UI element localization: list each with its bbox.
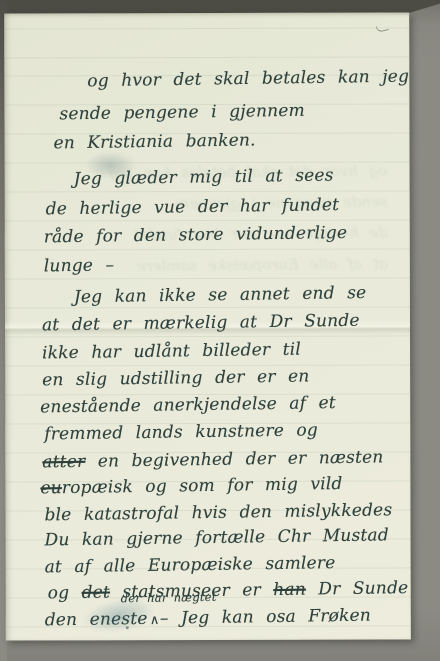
handwriting-text: sende pengene i gjennem	[59, 101, 305, 125]
handwriting-line: at af alle Europæiske samlere	[44, 553, 335, 577]
handwriting-text: ikke har udlånt billeder til	[42, 340, 301, 364]
handwriting-text: en slig udstilling der er en	[42, 366, 310, 390]
handwriting-line: fremmed lands kunstnere og	[44, 420, 318, 444]
letter-page: og hvor det skal betales kan jegsende pe…	[4, 12, 411, 640]
handwriting-text: råde for den store vidunderlige	[44, 223, 348, 247]
photograph-of-letter: { "scene": { "background_color": "#8b8b8…	[0, 0, 440, 661]
handwriting-line: Jeg kan ikke se annet end se	[74, 283, 367, 307]
handwriting-text: og	[48, 583, 82, 604]
handwriting-line: og det statsmuseer er han Dr Sunde	[48, 578, 409, 603]
handwriting-text: og hvor det skal betales kan jeg	[87, 67, 409, 92]
ink-dot	[126, 626, 129, 629]
handwriting-line: atter en begivenhed der er næsten	[42, 447, 383, 472]
handwriting-text: at af alle Europæiske samlere	[44, 553, 335, 577]
handwriting-text: fremmed lands kunstnere og	[44, 420, 318, 444]
handwriting-text: Jeg kan ikke se annet end se	[74, 283, 367, 307]
handwriting-text: Dr Sunde	[306, 578, 409, 600]
handwriting-text: at det er mærkelig at Dr Sunde	[42, 311, 360, 336]
handwriting-line: ble katastrofal hvis den mislykkedes	[44, 500, 392, 525]
handwriting-text: ropæisk og som for mig vild	[62, 474, 343, 498]
handwriting-text: en begivenhed der er næsten	[85, 447, 383, 471]
handwriting-text: lunge –	[44, 255, 115, 276]
handwriting-line: og hvor det skal betales kan jeg	[87, 67, 409, 92]
handwriting-text: enestående anerkjendelse af et	[40, 393, 336, 417]
handwriting-line: Du kan gjerne fortælle Chr Mustad	[44, 525, 389, 550]
handwriting-line: sende pengene i gjennem	[59, 101, 305, 125]
handwriting-line: en slig udstilling der er en	[42, 366, 310, 390]
struck-word: eu	[40, 478, 62, 498]
struck-word: det	[81, 582, 110, 602]
handwriting-line: de herlige vue der har fundet	[46, 195, 340, 219]
struck-word: atter	[42, 452, 85, 473]
ink-smudge	[85, 151, 137, 179]
handwriting-line: at det er mærkelig at Dr Sunde	[42, 311, 360, 336]
handwriting-line: europæisk og som for mig vild	[40, 474, 342, 498]
handwriting-line: lunge –	[44, 255, 115, 276]
handwriting-line: enestående anerkjendelse af et	[40, 393, 336, 417]
handwriting-line: råde for den store vidunderlige	[44, 223, 348, 247]
handwriting-layer: der har nægtet ∧ og hvor det skal betale…	[4, 12, 411, 640]
handwriting-text: de herlige vue der har fundet	[46, 195, 340, 219]
handwriting-line: en Kristiania banken.	[53, 130, 255, 153]
struck-word: han	[273, 580, 306, 600]
handwriting-text: en Kristiania banken.	[53, 130, 255, 153]
handwriting-text: Du kan gjerne fortælle Chr Mustad	[44, 525, 389, 550]
handwriting-line: ikke har udlånt billeder til	[42, 340, 301, 364]
handwriting-text: ble katastrofal hvis den mislykkedes	[44, 500, 392, 525]
